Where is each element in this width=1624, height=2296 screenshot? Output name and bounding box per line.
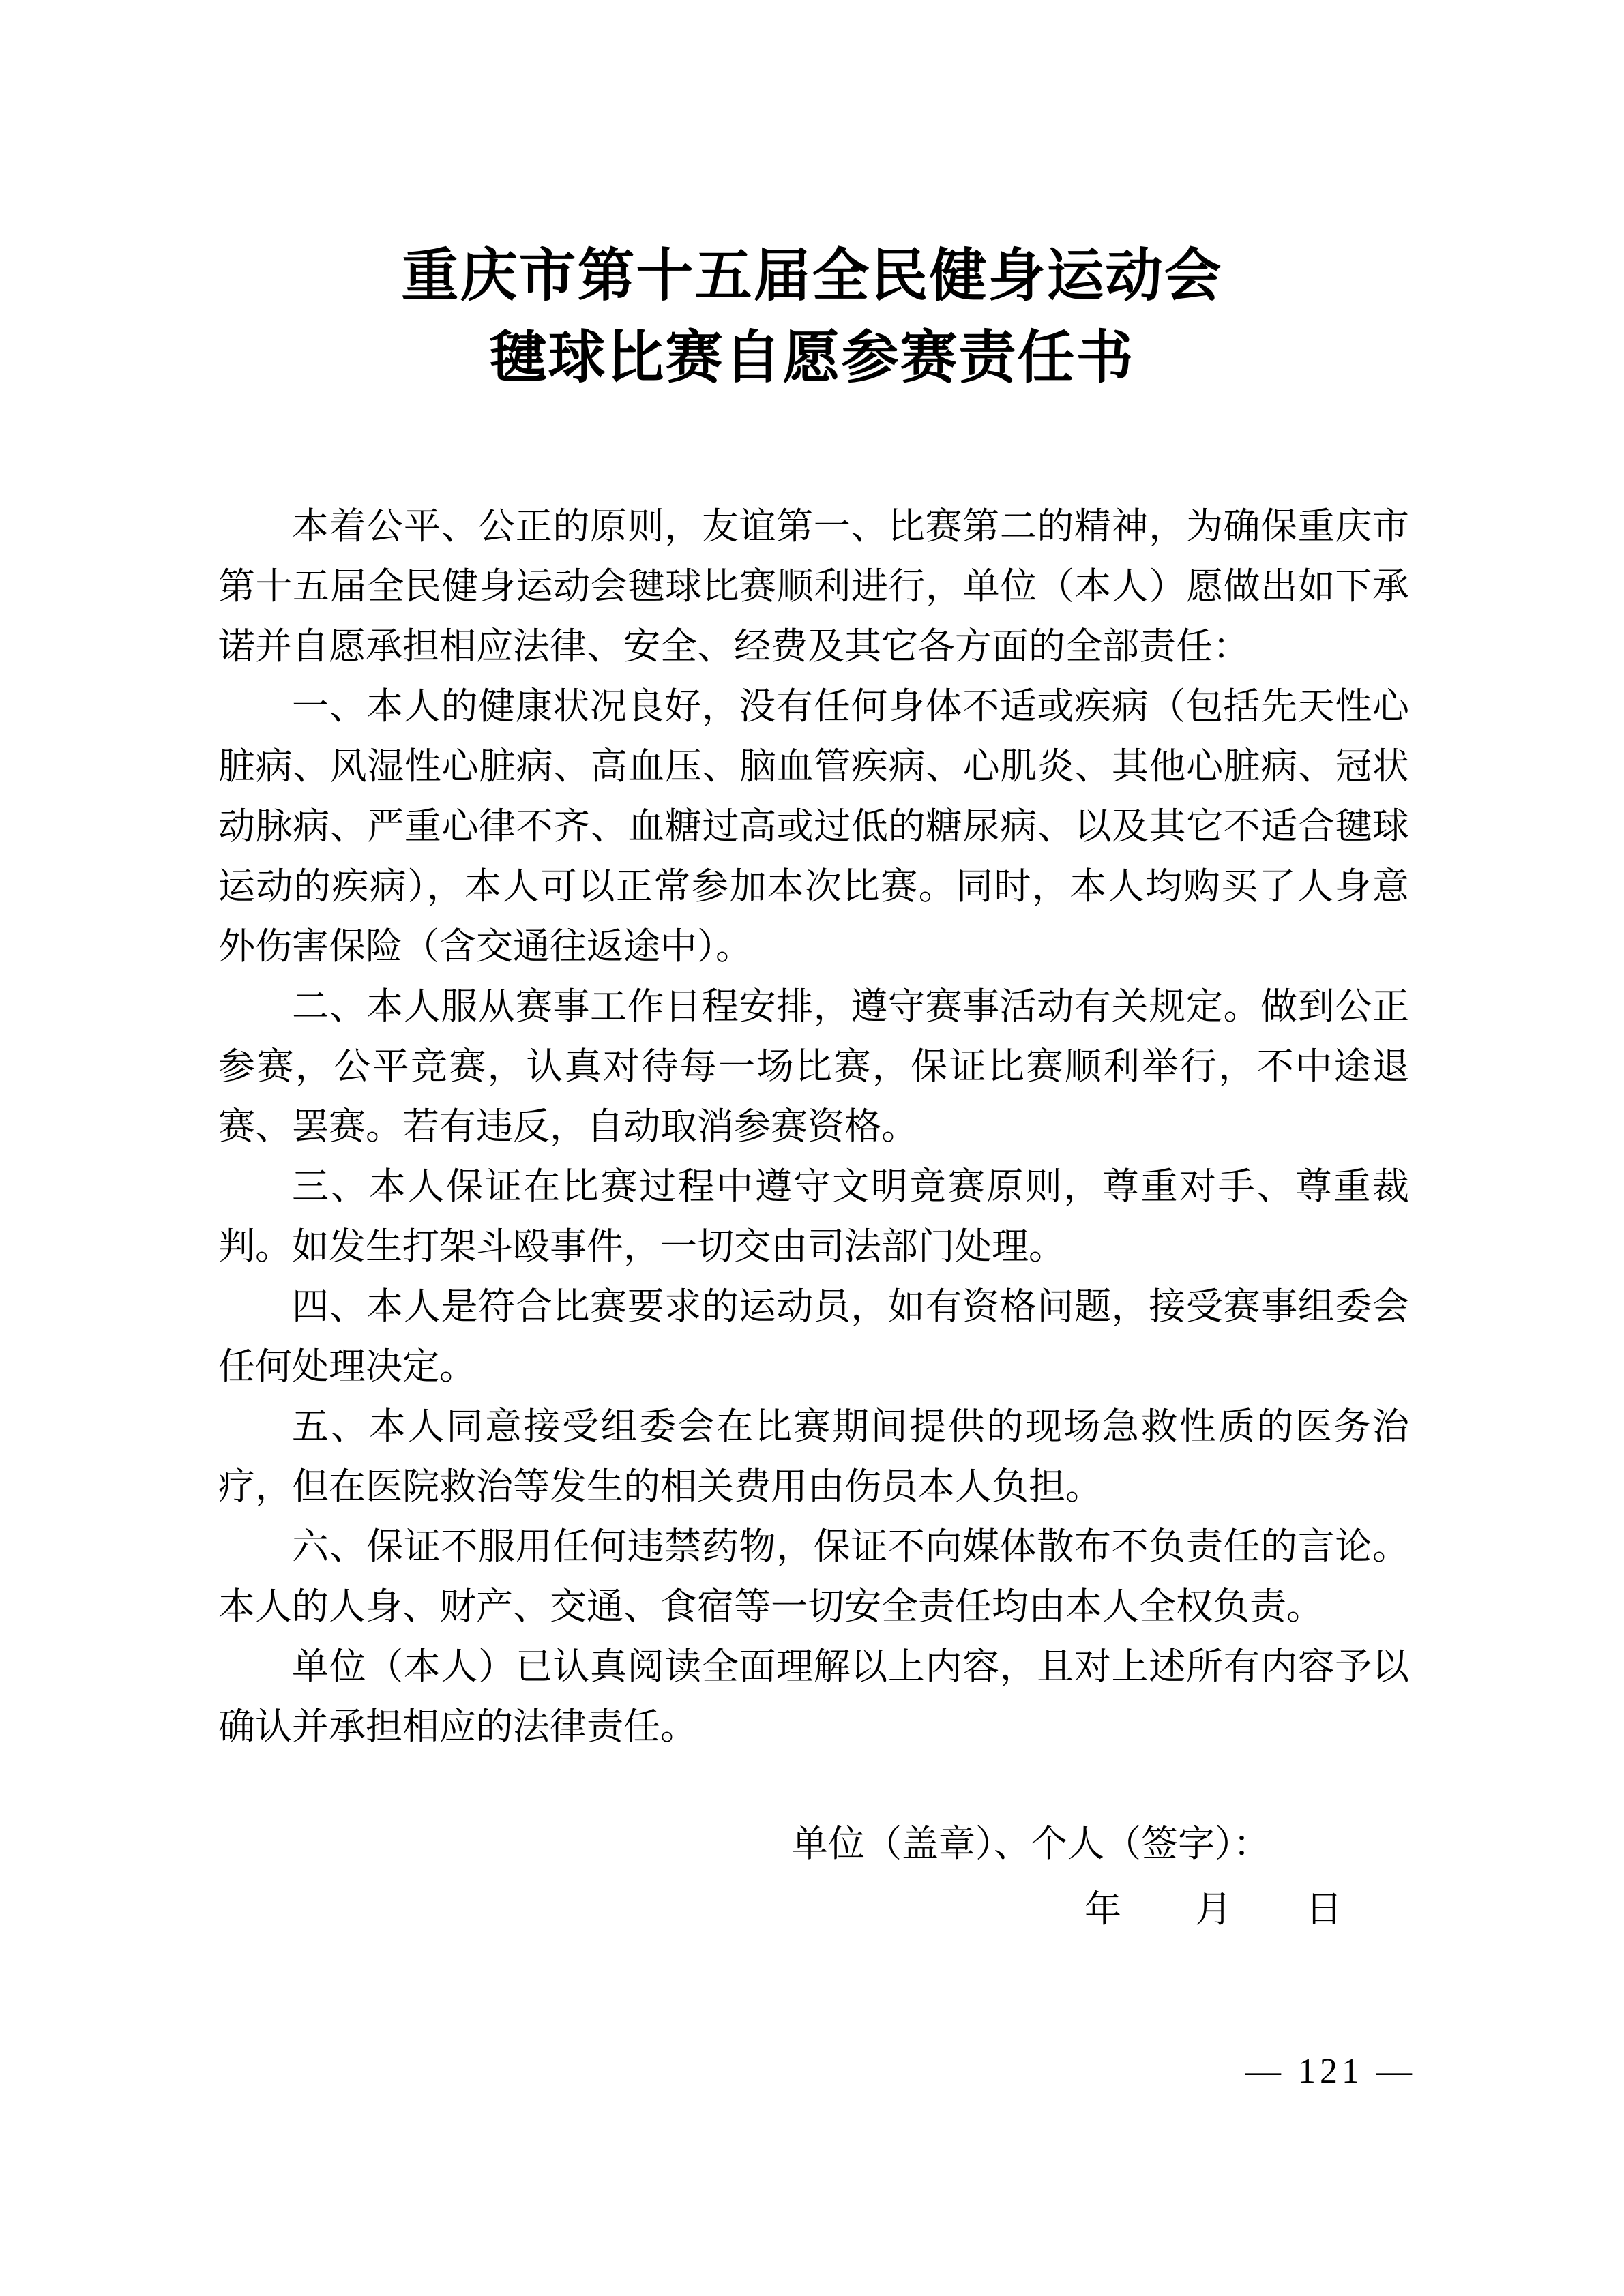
paragraph-item-1: 一、本人的健康状况良好，没有任何身体不适或疾病（包括先天性心脏病、风湿性心脏病、… [218,676,1409,976]
paragraph-closing: 单位（本人）已认真阅读全面理解以上内容，且对上述所有内容予以确认并承担相应的法律… [218,1637,1409,1757]
signature-label: 单位（盖章）、个人（签字）： [791,1814,1270,1874]
paragraph-item-4: 四、本人是符合比赛要求的运动员，如有资格问题，接受赛事组委会任何处理决定。 [218,1277,1409,1397]
paragraph-item-3: 三、本人保证在比赛过程中遵守文明竟赛原则，尊重对手、尊重裁判。如发生打架斗殴事件… [218,1157,1409,1277]
paragraph-item-2: 二、本人服从赛事工作日程安排，遵守赛事活动有关规定。做到公正参赛，公平竞赛，认真… [218,976,1409,1157]
paragraph-item-6: 六、保证不服用任何违禁药物，保证不向媒体散布不负责任的言论。本人的人身、财产、交… [218,1517,1409,1637]
document-page: 重庆市第十五届全民健身运动会 毽球比赛自愿参赛责任书 本着公平、公正的原则，友谊… [0,0,1624,2296]
paragraph-item-5: 五、本人同意接受组委会在比赛期间提供的现场急救性质的医务治疗，但在医院救治等发生… [218,1397,1409,1517]
document-body: 本着公平、公正的原则，友谊第一、比赛第二的精神，为确保重庆市第十五届全民健身运动… [218,496,1409,1757]
paragraph-intro: 本着公平、公正的原则，友谊第一、比赛第二的精神，为确保重庆市第十五届全民健身运动… [218,496,1409,676]
date-line: 年 月 日 [1084,1879,1342,1939]
page-number: — 121 — [1245,2051,1416,2092]
document-title: 重庆市第十五届全民健身运动会 毽球比赛自愿参赛责任书 [0,235,1624,398]
title-line-2: 毽球比赛自愿参赛责任书 [0,316,1624,398]
title-line-1: 重庆市第十五届全民健身运动会 [0,235,1624,316]
